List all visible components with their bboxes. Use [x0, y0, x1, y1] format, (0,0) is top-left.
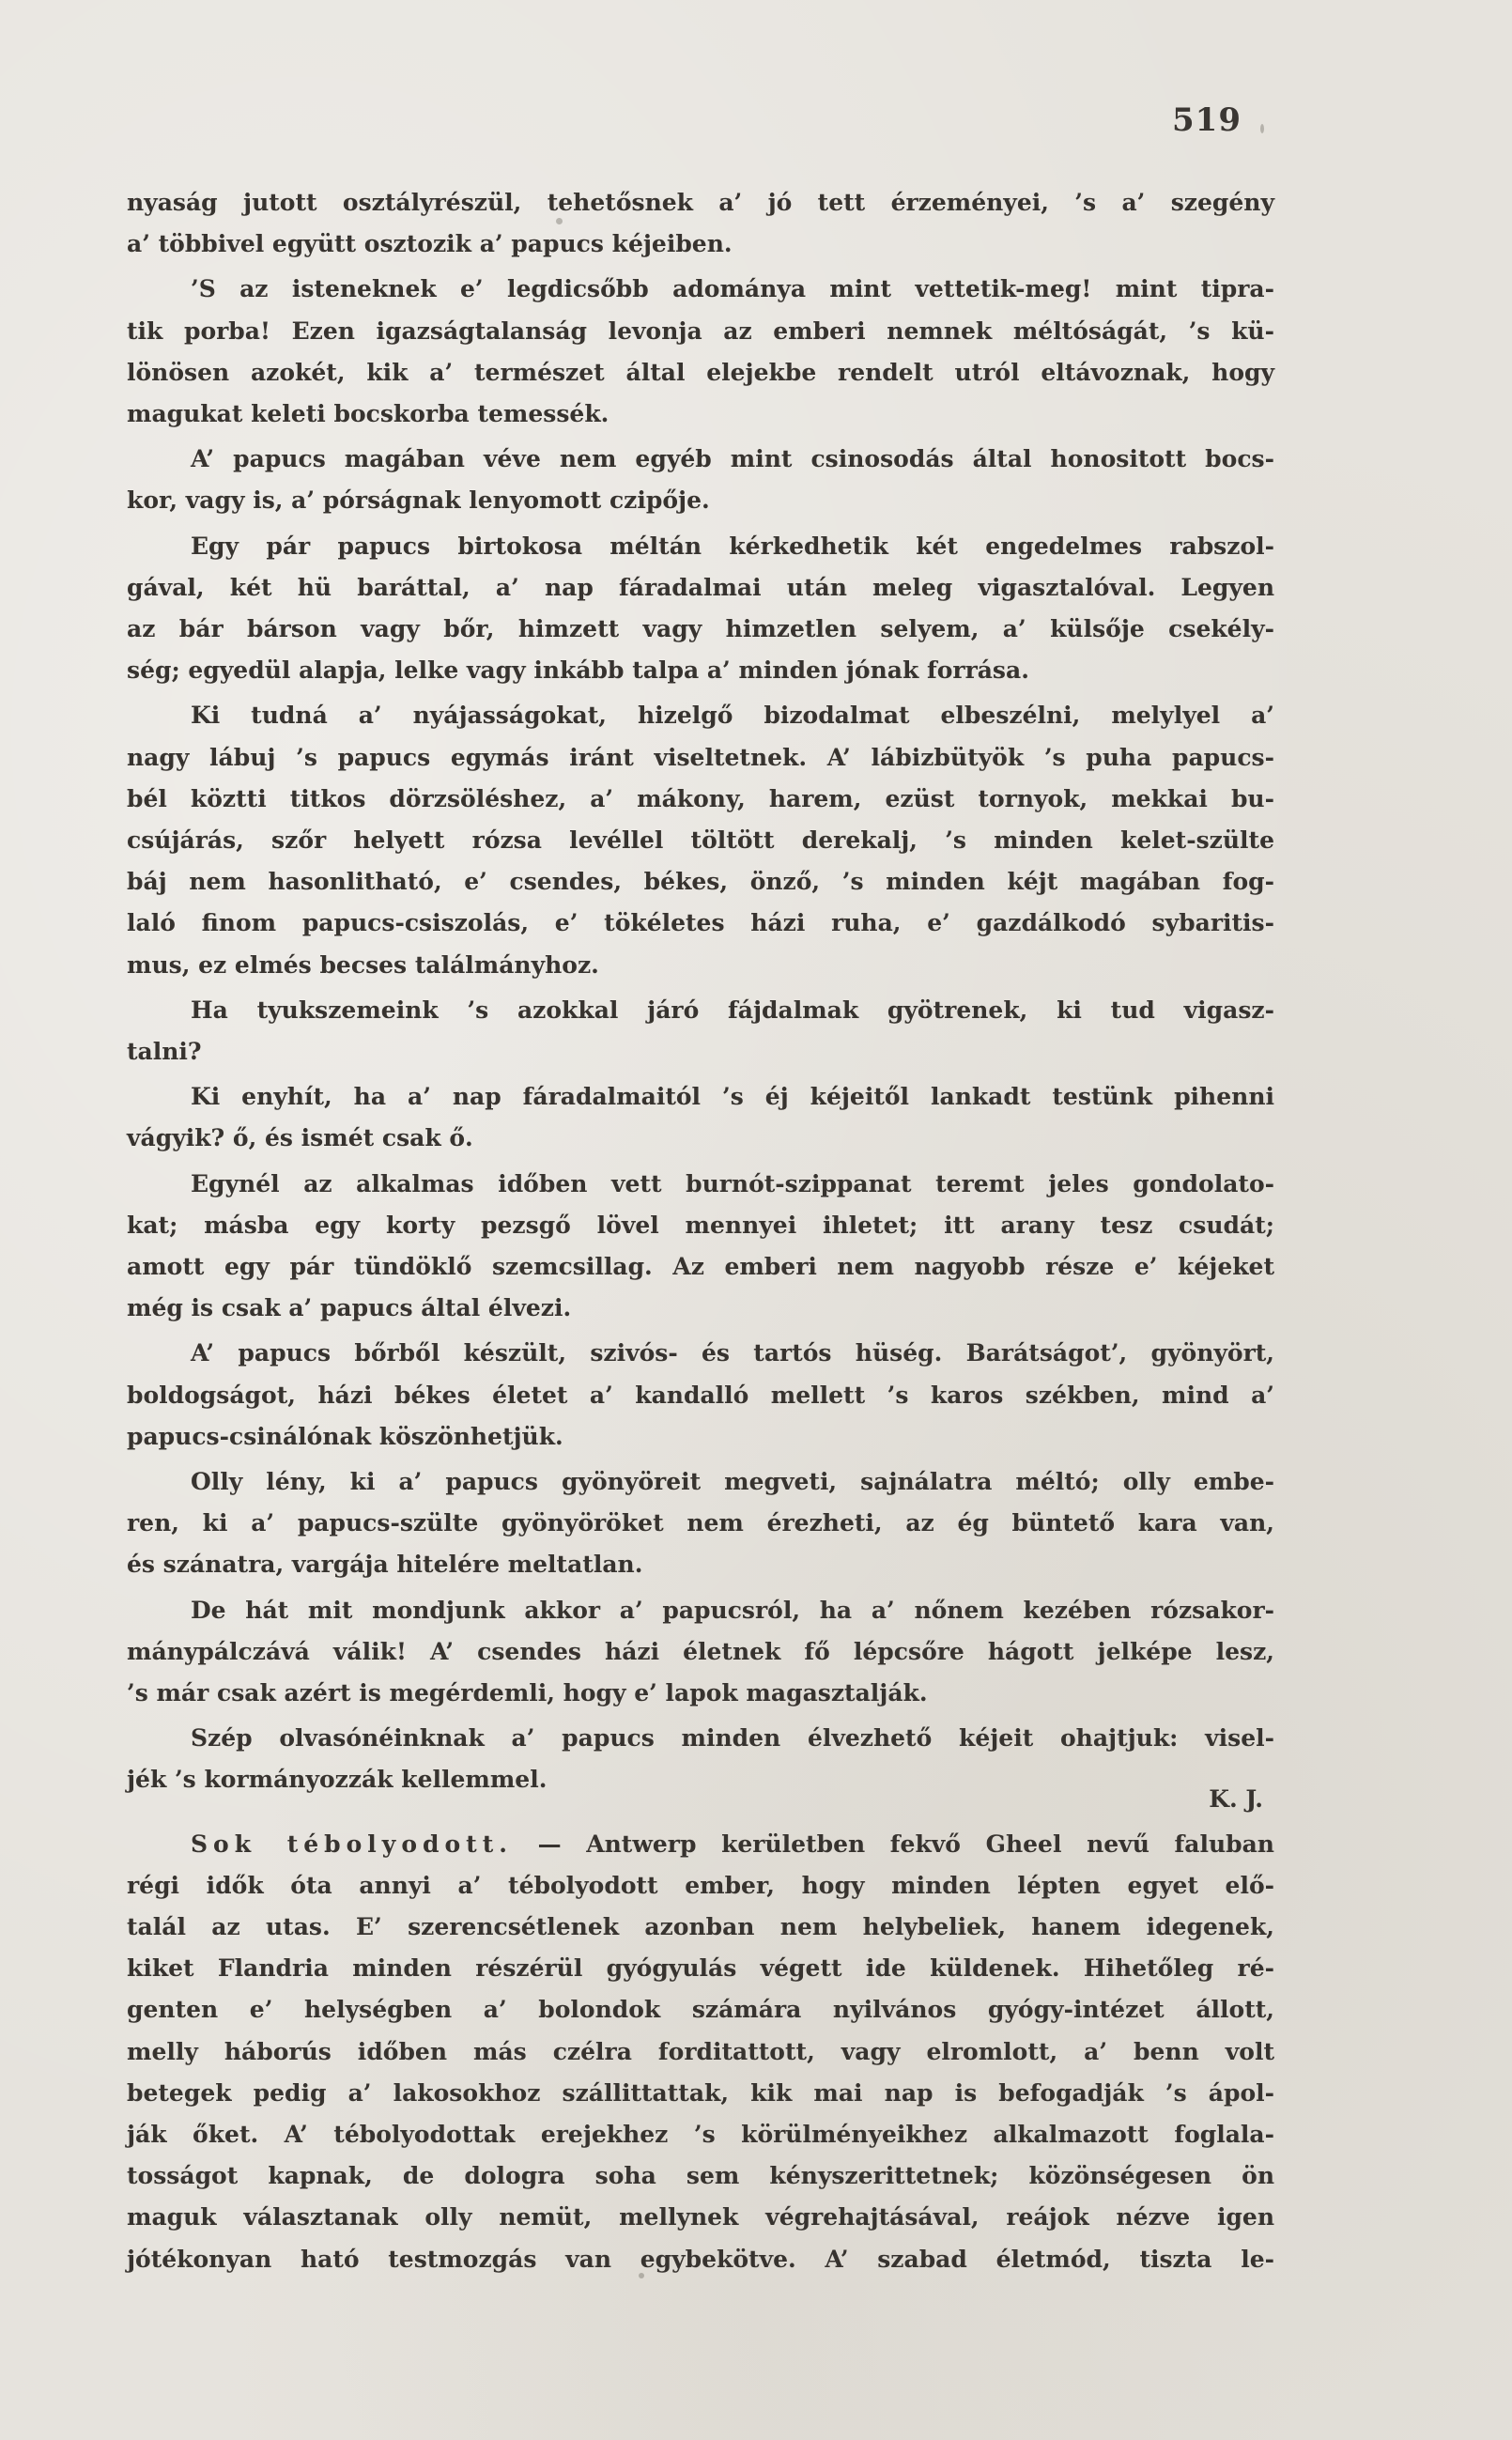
text-line: vágyik? ő, és ismét csak ő.: [127, 1120, 1274, 1157]
text-line: Egynél az alkalmas időben vett burnót-sz…: [191, 1166, 1274, 1203]
text-line: A’ papucs magában véve nem egyéb mint cs…: [191, 440, 1274, 478]
text-line: báj nem hasonlitható, e’ csendes, békes,…: [127, 863, 1274, 901]
text-line: ’S az isteneknek e’ legdicsőbb adománya …: [191, 270, 1274, 308]
text-line: boldogságot, házi békes életet a’ kandal…: [127, 1377, 1274, 1414]
text-line: Egy pár papucs birtokosa méltán kérkedhe…: [191, 528, 1274, 565]
text-line: laló finom papucs-csiszolás, e’ tökélete…: [127, 904, 1274, 942]
text-line: mus, ez elmés becses találmányhoz.: [127, 947, 1274, 984]
text-line: A’ papucs bőrből készült, szivós- és tar…: [191, 1335, 1274, 1372]
text-line: talál az utas. E’ szerencsétlenek azonba…: [127, 1908, 1274, 1946]
text-line: kor, vagy is, a’ pórságnak lenyomott czi…: [127, 482, 1274, 519]
text-line: Ki enyhít, ha a’ nap fáradalmaitól ’s éj…: [191, 1078, 1274, 1116]
section-heading: Sok tébolyodott.: [191, 1830, 513, 1858]
text-line: papucs-csinálónak köszönhetjük.: [127, 1418, 1274, 1456]
text-line: tik porba! Ezen igazságtalanság levonja …: [127, 313, 1274, 350]
text-line: nyaság jutott osztályrészül, tehetősnek …: [127, 184, 1274, 222]
text-line: ség; egyedül alapja, lelke vagy inkább t…: [127, 652, 1274, 689]
text-line: Szép olvasónéinknak a’ papucs minden élv…: [191, 1720, 1274, 1757]
text-line: De hát mit mondjunk akkor a’ papucsról, …: [191, 1592, 1274, 1629]
text-line: genten e’ helységben a’ bolondok számára…: [127, 1991, 1274, 2029]
text-line: bél köztti titkos dörzsöléshez, a’ mákon…: [127, 780, 1274, 818]
text-line: talni?: [127, 1033, 1274, 1071]
text-line: melly háborús időben más czélra forditat…: [127, 2033, 1274, 2071]
text-line: magukat keleti bocskorba temessék.: [127, 395, 1274, 433]
text-line: kiket Flandria minden részérül gyógyulás…: [127, 1950, 1274, 1987]
text-line: Ki tudná a’ nyájasságokat, hizelgő bizod…: [191, 697, 1274, 734]
paper-speck: [556, 218, 563, 224]
text-line: amott egy pár tündöklő szemcsillag. Az e…: [127, 1248, 1274, 1286]
text-line: lönösen azokét, kik a’ természet által e…: [127, 354, 1274, 392]
text-line: ják őket. A’ tébolyodottak erejekhez ’s …: [127, 2116, 1274, 2154]
text-line: kat; másba egy korty pezsgő lövel mennye…: [127, 1207, 1274, 1244]
paper-speck: [1260, 124, 1264, 133]
text-line: és szánatra, vargája hitelére meltatlan.: [127, 1546, 1274, 1583]
text-line: régi idők óta annyi a’ tébolyodott ember…: [127, 1867, 1274, 1905]
text-line: tosságot kapnak, de dologra soha sem kén…: [127, 2157, 1274, 2195]
text-line: csújárás, szőr helyett rózsa levéllel tö…: [127, 822, 1274, 859]
text-line: gával, két hü baráttal, a’ nap fáradalma…: [127, 569, 1274, 607]
text-line: betegek pedig a’ lakosokhoz szállittatta…: [127, 2075, 1274, 2112]
text-line: mánypálczává válik! A’ csendes házi élet…: [127, 1633, 1274, 1671]
text-line: a’ többivel együtt osztozik a’ papucs ké…: [127, 225, 1274, 263]
text-line: Ha tyukszemeink ’s azokkal járó fájdalma…: [191, 992, 1274, 1029]
text-line: jótékonyan ható testmozgás van egybekötv…: [127, 2241, 1274, 2278]
text-line: Sok tébolyodott. — Antwerp kerületben fe…: [191, 1826, 1274, 1863]
text-line: még is csak a’ papucs által élvezi.: [127, 1289, 1274, 1327]
text-line: jék ’s kormányozzák kellemmel.: [127, 1761, 1274, 1799]
text-line: az bár bárson vagy bőr, himzett vagy him…: [127, 610, 1274, 648]
text-line: nagy lábuj ’s papucs egymás iránt viselt…: [127, 739, 1274, 777]
author-signature: K. J.: [1150, 1781, 1263, 1818]
text-line: ’s már csak azért is megérdemli, hogy e’…: [127, 1675, 1274, 1712]
page-number: 519: [1172, 101, 1242, 139]
paper-speck: [639, 2273, 644, 2278]
text-line: maguk választanak olly nemüt, mellynek v…: [127, 2199, 1274, 2236]
text-line: Olly lény, ki a’ papucs gyönyöreit megve…: [191, 1463, 1274, 1501]
text-line: ren, ki a’ papucs-szülte gyönyöröket nem…: [127, 1505, 1274, 1542]
